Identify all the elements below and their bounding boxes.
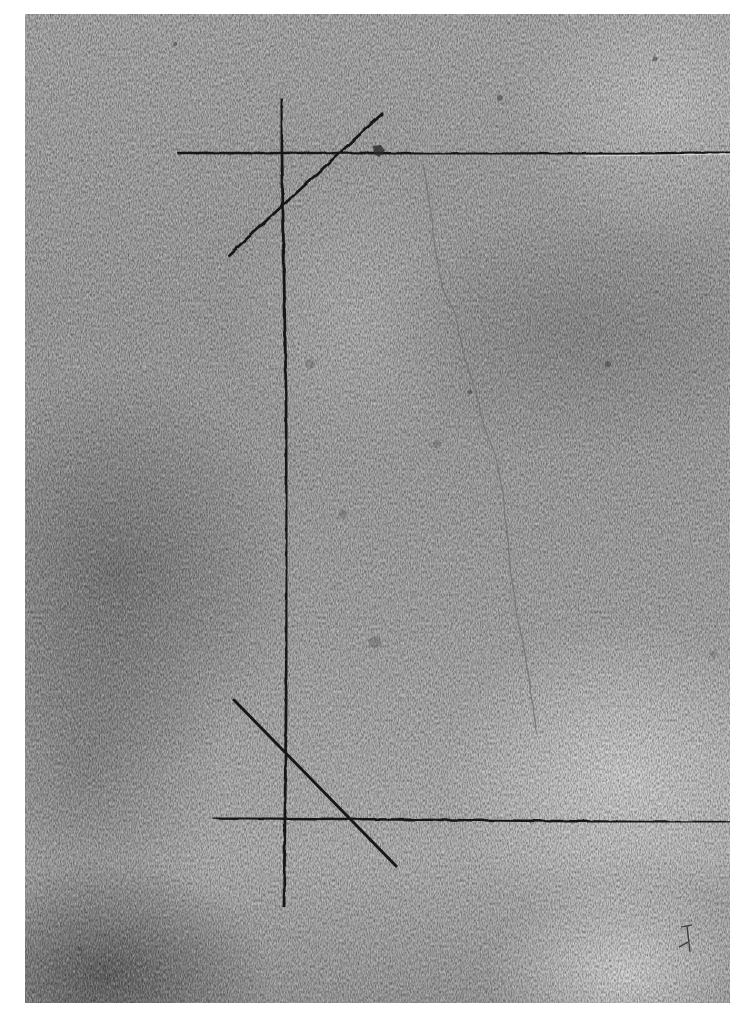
concrete-photo [25, 14, 730, 1003]
page [0, 0, 754, 1024]
grain-light-texture [25, 14, 730, 1003]
photo-overlay [25, 14, 730, 1003]
